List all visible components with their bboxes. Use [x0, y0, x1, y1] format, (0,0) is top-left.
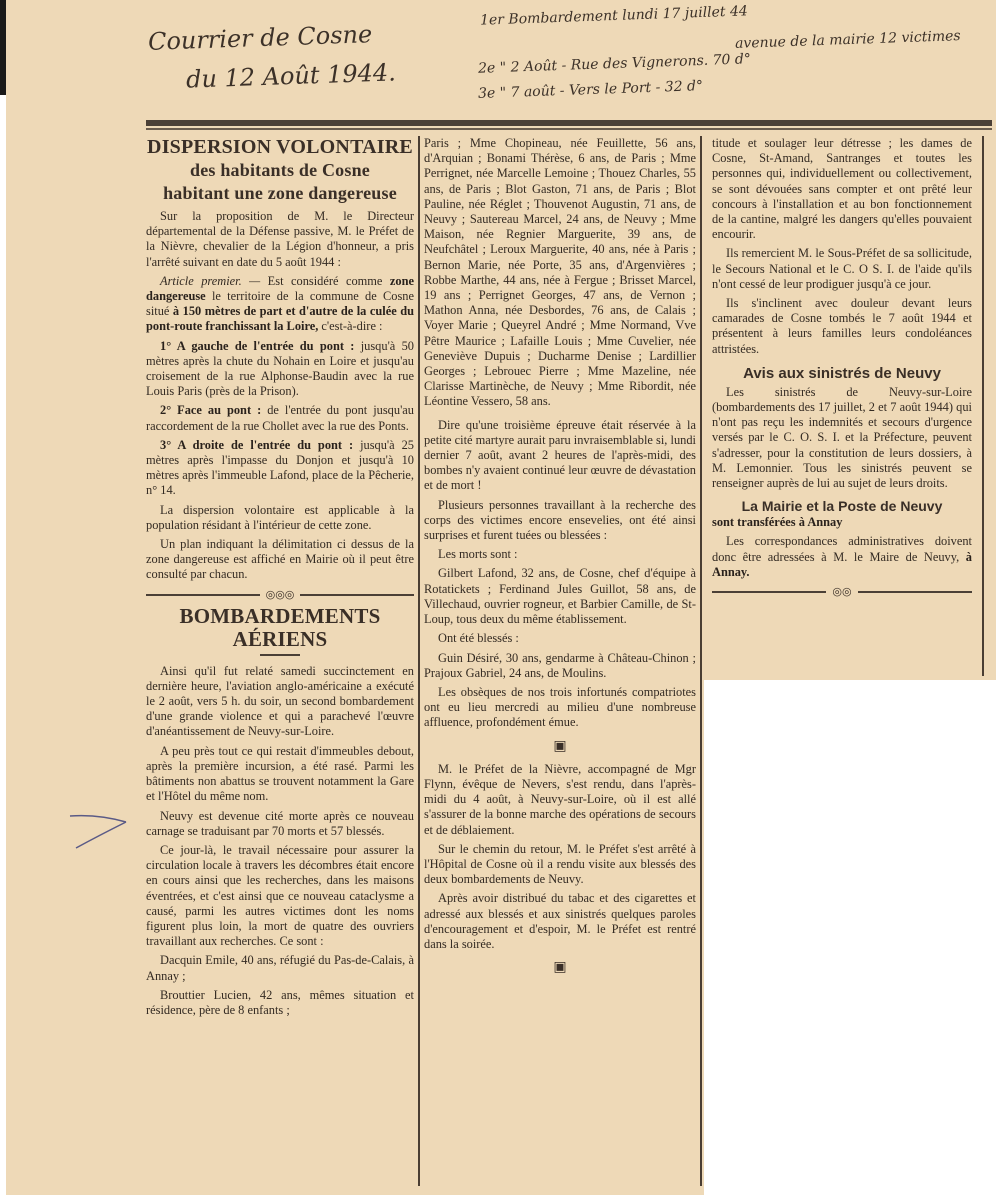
ornament-divider: ◎◎: [712, 584, 972, 598]
header-rule: [146, 120, 992, 126]
cut-out-area: [704, 680, 1002, 1200]
paragraph: Brouttier Lucien, 42 ans, mêmes situatio…: [146, 988, 414, 1018]
square-ornament-icon: ▣: [424, 960, 696, 975]
headline-mairie: La Mairie et la Poste de Neuvy: [712, 497, 972, 515]
scan-edge: [0, 0, 6, 95]
column-2: Paris ; Mme Chopineau, née Feuillette, 5…: [424, 136, 696, 983]
column-divider: [418, 136, 420, 1186]
paragraph-article: Article premier. — Est considéré comme z…: [146, 274, 414, 335]
paragraph: Les obsèques de nos trois infortunés com…: [424, 685, 696, 731]
victims-list: Paris ; Mme Chopineau, née Feuillette, 5…: [424, 136, 696, 410]
paragraph: Ainsi qu'il fut relaté samedi succinctem…: [146, 664, 414, 740]
column-3: titude et soulager leur détresse ; les d…: [712, 136, 972, 602]
paragraph: M. le Préfet de la Nièvre, accompagné de…: [424, 762, 696, 838]
ornament-divider: ◎◎◎: [146, 587, 414, 601]
subheadline-mairie: sont transférées à Annay: [712, 515, 972, 530]
paragraph: Sur la proposition de M. le Directeur dé…: [146, 209, 414, 270]
paragraph: A peu près tout ce qui restait d'immeubl…: [146, 744, 414, 805]
paragraph: Les correspondances administratives doiv…: [712, 534, 972, 580]
paragraph: Gilbert Lafond, 32 ans, de Cosne, chef d…: [424, 566, 696, 627]
paragraph: Sur le chemin du retour, M. le Préfet s'…: [424, 842, 696, 888]
paragraph: Après avoir distribué du tabac et des ci…: [424, 891, 696, 952]
square-ornament-icon: ▣: [424, 739, 696, 754]
paragraph: Un plan indiquant la délimitation ci des…: [146, 537, 414, 583]
paragraph: Ils s'inclinent avec douleur devant leur…: [712, 296, 972, 357]
column-divider: [700, 136, 702, 1186]
column-divider: [982, 136, 984, 676]
paragraph: Ce jour-là, le travail nécessaire pour a…: [146, 843, 414, 949]
headline-bombardements: BOMBARDEMENTS AÉRIENS: [146, 605, 414, 651]
header-rule-thin: [146, 128, 992, 130]
paragraph: Plusieurs personnes travaillant à la rec…: [424, 498, 696, 544]
paragraph: La dispersion volontaire est applicable …: [146, 503, 414, 533]
paragraph: 2° Face au pont : de l'entrée du pont ju…: [146, 403, 414, 433]
subheadline-1: des habitants de Cosne: [146, 159, 414, 182]
paragraph: 1° A gauche de l'entrée du pont : jusqu'…: [146, 339, 414, 400]
paragraph: Les morts sont :: [424, 547, 696, 562]
column-1: DISPERSION VOLONTAIRE des habitants de C…: [146, 136, 414, 1022]
paragraph: Ils remercient M. le Sous-Préfet de sa s…: [712, 246, 972, 292]
paragraph: titude et soulager leur détresse ; les d…: [712, 136, 972, 242]
paragraph: Neuvy est devenue cité morte après ce no…: [146, 809, 414, 839]
paragraph: Dacquin Emile, 40 ans, réfugié du Pas-de…: [146, 953, 414, 983]
paragraph: Guin Désiré, 30 ans, gendarme à Château-…: [424, 651, 696, 681]
short-rule: [260, 654, 300, 656]
paragraph: 3° A droite de l'entrée du pont : jusqu'…: [146, 438, 414, 499]
paragraph: Dire qu'une troisième épreuve était rése…: [424, 418, 696, 494]
headline-dispersion: DISPERSION VOLONTAIRE: [146, 136, 414, 159]
subheadline-2: habitant une zone dangereuse: [146, 182, 414, 205]
paragraph: Ont été blessés :: [424, 631, 696, 646]
pen-arrow-icon: [68, 810, 148, 852]
headline-avis: Avis aux sinistrés de Neuvy: [712, 363, 972, 385]
paragraph: Les sinistrés de Neuvy-sur-Loire (bombar…: [712, 385, 972, 491]
